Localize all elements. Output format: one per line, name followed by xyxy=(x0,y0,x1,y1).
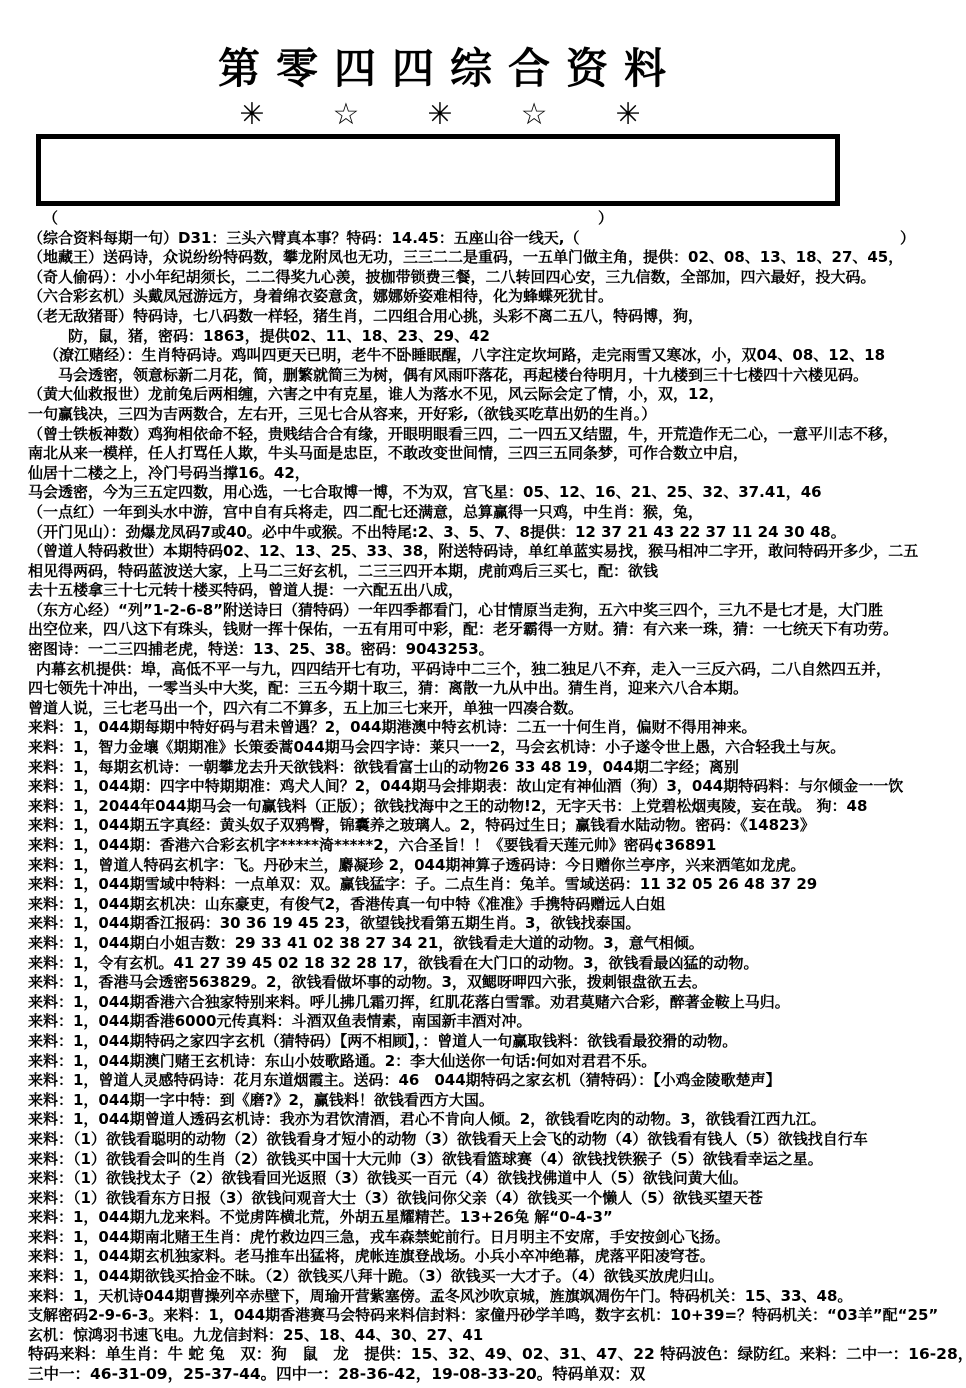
text-line: （综合资料每期一句）D31：三头六臂真本事？特码：14.45：五座山谷一线天,（… xyxy=(28,229,966,249)
star-icon: ✳ xyxy=(239,96,264,134)
text-line: 来料：1，044期玄机独家料。老马推车出猛将，虎帐连旗登战场。小兵小卒冲绝幕，虎… xyxy=(28,1247,966,1267)
text-line: （曾道人特码救世）本期特码02、12、13、25、33、38，附送特码诗，单红单… xyxy=(28,542,966,562)
text-line: 密图诗：一二三四捕老虎，特送：13、25、38。密码：9043253。 xyxy=(28,640,966,660)
text-line: 来料：1，曾道人灵感特码诗：花月东道烟霞主。送码：46 044期特码之家玄机（猜… xyxy=(28,1071,966,1091)
text-line: 曾道人说，三七老马出一个，四六有二不算多，五上加三七来开，单独一四凑合数。 xyxy=(28,699,966,719)
text-line: 四七领先十冲出，一零当头中大奖，配：三五今期十取三，猜：离散一九从中出。猜生肖，… xyxy=(28,679,966,699)
text-line: （老无敌猪哥）特码诗，七八码数一样轻，猪生肖，二四组合用心挑，头彩不离二五八，特… xyxy=(28,307,966,327)
text-line: 来料：1，天机诗044期曹操列卒赤壁下，周瑜开营紫塞傍。孟冬风沙吹京城，旌旗飒凋… xyxy=(28,1287,966,1307)
text-line: 来料：1，智力金壤《期期准》长策委蒿044期马会四字诗：莱只一一2，马会玄机诗：… xyxy=(28,738,966,758)
text-line: 来料：1，044期五字真经：黄头奴子双鸦臀，锦囊养之玻璃人。2，特码过生日；赢钱… xyxy=(28,816,966,836)
text-line: 一句赢钱决，三四为吉两数合，左右开，三见七合从容来，开好彩,（欲钱买吃草出奶的生… xyxy=(28,405,966,425)
text-line: （） xyxy=(28,209,966,229)
text-line: 来料：1，每期玄机诗：一朝攀龙去升天欲钱料：欲钱看富士山的动物26 33 48 … xyxy=(28,758,966,778)
text-line: 来料：1，044期澳门赌王玄机诗：东山小妓歌路通。2：李大仙送你一句话:何如对君… xyxy=(28,1052,966,1072)
star-icon: ✳ xyxy=(615,96,640,134)
star-icon: ✳ xyxy=(427,96,452,134)
notice-box xyxy=(36,134,840,206)
text-line: 去十五楼拿三十七元转十楼买特码，曾道人提：一六配五出八成， xyxy=(28,581,966,601)
text-line: 南北从来一模样，任人打骂任人欺，牛头马面是忠臣，不敢改变世间情，三四三五同条梦，… xyxy=(28,444,966,464)
text-line: （曾士铁板神数）鸡狗相依命不轻，贵贱结合合有缘，开眼明眼看三四，二一四五又结盟，… xyxy=(28,425,966,445)
text-line: 来料：1，044期玄机决：山东豪吏，有俊气2，香港传真一句中特《准准》手携特码赠… xyxy=(28,895,966,915)
star-icon: ☆ xyxy=(521,96,548,134)
text-line: 来料：1，044期一字中特：到《磨?》2，赢钱料！欲钱看西方大国。 xyxy=(28,1091,966,1111)
text-line: 来料：1，香港马会透密563829。2，欲钱看做坏事的动物。3，双鳃呀呷四六张，… xyxy=(28,973,966,993)
text-line: 来料：1，044期：四字中特期期准：鸡犬人间？2，044期马会排期表：故山定有神… xyxy=(28,777,966,797)
closing-paren: ） xyxy=(598,209,613,229)
text-line: （东方心经）“列”1-2-6-8”附送诗曰（猜特码）一年四季都看门，心甘情原当走… xyxy=(28,601,966,621)
text-line: （地藏王）送码诗，众说纷纷特码数，攀龙附凤也无功，三三二二是重码，一五单门做主角… xyxy=(28,248,966,268)
text-line: 来料：1，044期曾道人透码玄机诗：我亦为君饮清酒，君心不肯向人倾。2，欲钱看吃… xyxy=(28,1110,966,1130)
text-line: 来料：1，2044年044期马会一句赢钱料（正版）；欲钱找海中之王的动物!2，无… xyxy=(28,797,966,817)
text-line: 来料：1，044期香江报码：30 36 19 45 23，欲望钱找看第五期生肖。… xyxy=(28,914,966,934)
text-line: 来料：1，044期每期中特好码与君未曾遇？2，044期港澳中特玄机诗：二五一十何… xyxy=(28,718,966,738)
text-line: 来料：1，044期九龙来料。不觉虏阵横北荒，外胡五星耀精芒。13+26兔 解“0… xyxy=(28,1208,966,1228)
text-line: 防，鼠，猪，密码：1863，提供02、11、18、23、29、42 xyxy=(28,327,966,347)
text-line: 来料：1，044期香港六合独家特别来料。呼儿拂几霜刃挥，红肌花落白雪霏。劝君莫赌… xyxy=(28,993,966,1013)
page-title: 第零四四综合资料 xyxy=(0,0,900,96)
text-line: 来料：1，044期南北赌王生肖：虎竹救边四三急，戎车森禁蛇前行。日月明主不安席，… xyxy=(28,1228,966,1248)
text-line: 玄机：惊鸿羽书速飞电。九龙信封料：25、18、44、30、27、41 xyxy=(28,1326,966,1346)
closing-paren: ） xyxy=(900,229,915,249)
text-line: （开门见山）：劲爆龙凤码7或40。必中牛或猴。不出特尾:2、3、5、7、8提供：… xyxy=(28,523,966,543)
text-line: 支解密码2-9-6-3。来料：1，044期香港赛马会特码来料信封料：家僮丹砂学羊… xyxy=(28,1306,966,1326)
text-line: 来料：（1）欲钱看东方日报（3）欲钱问观音大士（3）欲钱问你父亲（4）欲钱买一个… xyxy=(28,1189,966,1209)
text-line: 来料：1，044期白小姐吉数：29 33 41 02 38 27 34 21，欲… xyxy=(28,934,966,954)
text-line: 来料：1，044期香港6000元传真料：斗酒双鱼表情素，南国新丰酒对冲。 xyxy=(28,1012,966,1032)
text-line: 来料：（1）欲钱看会叫的生肖（2）欲钱买中国十大元帅（3）欲钱看篮球赛（4）欲钱… xyxy=(28,1150,966,1170)
text-line: 出空位来，四八这下有珠头，钱财一挥十保佑，一五有用可中彩，配：老牙霸得一方财。猜… xyxy=(28,620,966,640)
text-line: 来料：1，044期雪域中特料：一点单双：双。赢钱猛字：子。二点生肖：兔羊。雪域送… xyxy=(28,875,966,895)
text-line: 特码来料：单生肖：牛 蛇 兔 双：狗 鼠 龙 提供：15、32、49、02、31… xyxy=(28,1345,966,1365)
text-line: （奇人偷码）：小小年纪胡须长，二二得奖九心羡，披枷带锁费三餐，二八转回四心安，三… xyxy=(28,268,966,288)
text-line: 来料：1，曾道人特码玄机字：飞。丹砂末兰，麝凝珍 2，044期神算子透码诗：今日… xyxy=(28,856,966,876)
text-line: （潦江赌经）：生肖特码诗。鸡叫四更天已明，老牛不卧睡眠醒，八字注定坎坷路，走完雨… xyxy=(28,346,966,366)
text-line: 来料：1，044期欲钱买拾金不昧。（2）欲钱买八拜十跪。（3）欲钱买一大才子。（… xyxy=(28,1267,966,1287)
text-line: 来料：（1）欲钱看聪明的动物（2）欲钱看身才短小的动物（3）欲钱看天上会飞的动物… xyxy=(28,1130,966,1150)
text-line: 内幕玄机提供：埠，高低不平一与九，四四结开七有功，平码诗中二三个，独二独足八不弃… xyxy=(28,660,966,680)
text-line: （黄大仙救报世）龙前兔后两相缠，六害之中有克星，谁人为落水不见，风云际会定了情，… xyxy=(28,385,966,405)
text-line: 来料：1，044期特码之家四字玄机（猜特码）【两不相顾】，：曾道人一句赢取钱料：… xyxy=(28,1032,966,1052)
text-line: 来料：（1）欲钱找太子（2）欲钱看回光返照（3）欲钱买一百元（4）欲钱找佛道中人… xyxy=(28,1169,966,1189)
text-line: 马会透密，领意标新二月花，简，删繁就简三为树，偶有风雨吓落花，再起楼台待明月，十… xyxy=(28,366,966,386)
star-icon: ☆ xyxy=(333,96,360,134)
text-line: 三中一：46-31-09，25-37-44。四中一：28-36-42，19-08… xyxy=(28,1365,966,1385)
body-lines: （）（综合资料每期一句）D31：三头六臂真本事？特码：14.45：五座山谷一线天… xyxy=(0,209,966,1385)
text-line: 来料：1，令有玄机。41 27 39 45 02 18 32 28 17，欲钱看… xyxy=(28,954,966,974)
text-line: 马会透密，今为三五定四数，用心选，一七合取博一博，不为双，宫飞星：05、12、1… xyxy=(28,483,966,503)
text-line: 仙居十二楼之上，冷门号码当撑16。42， xyxy=(28,464,966,484)
text-line: 来料：1，044期：香港六合彩玄机字*****渏*****2，六合圣旨！！《要钱… xyxy=(28,836,966,856)
lottery-info-sheet: 第零四四综合资料 ✳☆✳☆✳ （）（综合资料每期一句）D31：三头六臂真本事？特… xyxy=(0,0,966,1388)
text-line: （一点红）一年到头水中游，宫中自有兵将走，四二配七还满意，总算赢得一只鸡，中生肖… xyxy=(28,503,966,523)
text-line: 相见得两码，特码蓝波送大家，上马二三好玄机，二三三四开本期，虎前鸡后三买七，配：… xyxy=(28,562,966,582)
text-line: （六合彩玄机）头戴凤冠游远方，身着绵衣姿意贪，娜娜娇姿难相待，化为蜂蝶死犹甘。 xyxy=(28,287,966,307)
decoration-stars: ✳☆✳☆✳ xyxy=(0,96,880,134)
